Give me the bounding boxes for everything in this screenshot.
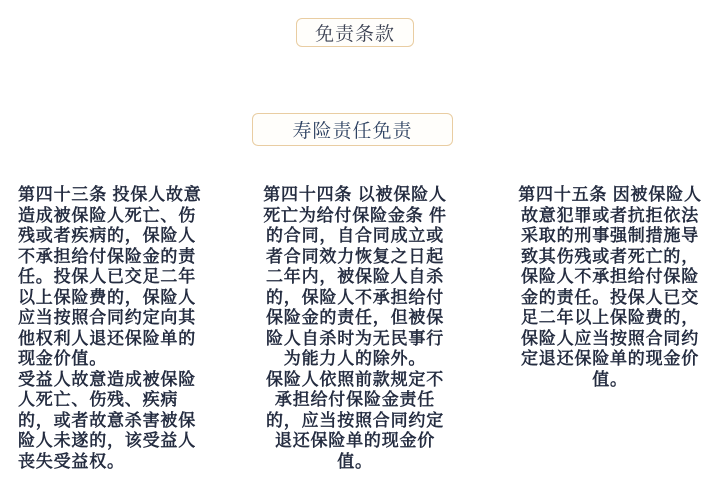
- article-44-paragraph-2: 保险人依照前款规定不承担给付保险金责任的，应当按照合同约定退还保险单的现金价值。: [260, 370, 450, 473]
- exemption-clauses-page: 免责条款 寿险责任免责 第四十三条 投保人故意造成被保险人死亡、伤残或者疾病的，…: [0, 0, 711, 477]
- section-title: 寿险责任免责: [292, 116, 412, 143]
- article-43-paragraph-2: 受益人故意造成被保险人死亡、伤残、疾病的，或者故意杀害被保险人未遂的，该受益人丧…: [18, 370, 208, 473]
- main-title-badge: 免责条款: [296, 18, 414, 47]
- article-45-column: 第四十五条 因被保险人故意犯罪或者抗拒依法采取的刑事强制措施导致其伤残或者死亡的…: [515, 185, 705, 390]
- section-title-badge: 寿险责任免责: [252, 113, 453, 146]
- article-45-paragraph-1: 第四十五条 因被保险人故意犯罪或者抗拒依法采取的刑事强制措施导致其伤残或者死亡的…: [515, 185, 705, 390]
- article-43-paragraph-1: 第四十三条 投保人故意造成被保险人死亡、伤残或者疾病的，保险人不承担给付保险金的…: [18, 185, 208, 370]
- main-title: 免责条款: [315, 19, 395, 46]
- article-43-column: 第四十三条 投保人故意造成被保险人死亡、伤残或者疾病的，保险人不承担给付保险金的…: [18, 185, 208, 472]
- article-44-paragraph-1: 第四十四条 以被保险人死亡为给付保险金条 件的合同，自合同成立或者合同效力恢复之…: [260, 185, 450, 370]
- article-44-column: 第四十四条 以被保险人死亡为给付保险金条 件的合同，自合同成立或者合同效力恢复之…: [260, 185, 450, 472]
